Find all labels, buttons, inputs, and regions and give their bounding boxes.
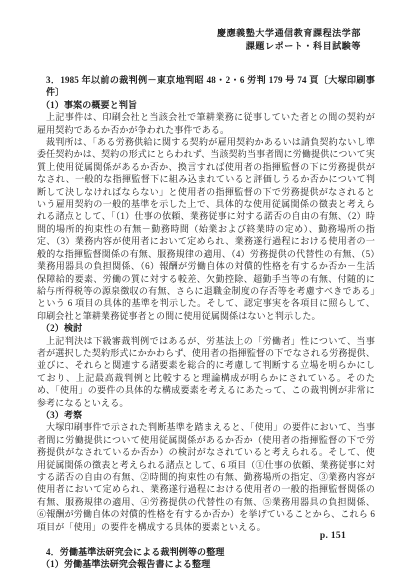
paragraph-analysis: 大塚印刷事件で示された判断基準を踏まえると、「使用」の要件において、当事者間に労… bbox=[37, 421, 375, 533]
section-3-3-subheading: （3）考察 bbox=[41, 409, 375, 421]
paragraph-review: 上記判決は下級審裁判例ではあるが、労基法上の「労働者」性について、当事者が選択し… bbox=[37, 335, 375, 409]
header-university-line: 慶應義塾大学通信教育課程法学部 bbox=[37, 27, 361, 40]
header-doc-type-line: 課題レポート・科目試験等 bbox=[37, 40, 361, 53]
document-page: 慶應義塾大学通信教育課程法学部 課題レポート・科目試験等 3．1985 年以前の… bbox=[0, 0, 410, 580]
section-3-heading: 3．1985 年以前の裁判例－東京地判昭 48・2・6 労判 179 号 74 … bbox=[46, 74, 375, 99]
section-4-heading: 4．労働基準法研究会による裁判例等の整理 bbox=[46, 546, 375, 558]
section-3-2-subheading: （2）検討 bbox=[41, 322, 375, 334]
page-header: 慶應義塾大学通信教育課程法学部 課題レポート・科目試験等 bbox=[37, 27, 375, 53]
section-4-1-subheading: （1）労働基準法研究会報告書による整理 bbox=[41, 558, 375, 570]
paragraph-case-overview: 上記事件は、印刷会社と当該会社で筆耕業務に従事していた者との間の契約が雇用契約で… bbox=[37, 111, 375, 136]
paragraph-court-ruling: 裁判所は、「ある労務供給に関する契約が雇用契約かあるいは請負契約ないし準委任契約… bbox=[37, 136, 375, 322]
page-number: p. 151 bbox=[320, 531, 346, 541]
document-body: 3．1985 年以前の裁判例－東京地判昭 48・2・6 労判 179 号 74 … bbox=[37, 74, 375, 571]
section-3-1-subheading: （1）事案の概要と判旨 bbox=[41, 99, 375, 111]
